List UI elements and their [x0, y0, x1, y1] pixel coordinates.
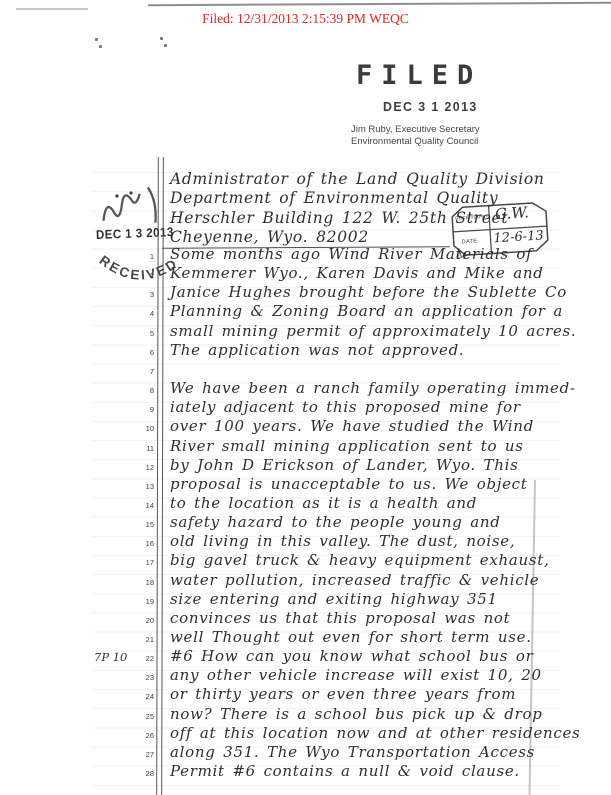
- line-number: 18: [132, 578, 154, 587]
- handwritten-line: convinces us that this proposal was not: [170, 609, 510, 628]
- line-number: 22: [132, 654, 154, 663]
- handwritten-line: to the location as it is a health and: [170, 494, 477, 513]
- handwritten-line: old living in this valley. The dust, noi…: [170, 532, 515, 551]
- line-number: 5: [132, 329, 154, 338]
- handwritten-line: over 100 years. We have studied the Wind: [170, 417, 534, 436]
- line-number: 10: [132, 424, 154, 433]
- scanned-letter-page: Filed: 12/31/2013 2:15:39 PM WEQC FILED …: [0, 0, 611, 795]
- address-line: Herschler Building 122 W. 25th Street: [170, 209, 508, 228]
- received-date-stamp: DEC 1 3 2013: [96, 225, 174, 242]
- line-number: 14: [132, 501, 154, 510]
- handwritten-line: Planning & Zoning Board an application f…: [170, 302, 563, 321]
- ink-speck: [164, 44, 167, 47]
- line-number: 4: [132, 309, 154, 318]
- handwritten-line: size entering and exiting highway 351: [170, 590, 498, 609]
- line-number: 21: [132, 635, 154, 644]
- line-number: 8: [132, 386, 154, 395]
- handwritten-line: big gavel truck & heavy equipment exhaus…: [170, 551, 549, 570]
- margin-note: 7P 10: [94, 650, 127, 664]
- filed-stamp-date: DEC 3 1 2013: [383, 99, 478, 114]
- handwritten-line: Some months ago Wind River Materials of: [170, 245, 532, 264]
- handwritten-line: iately adjacent to this proposed mine fo…: [170, 398, 521, 417]
- line-number: 9: [132, 405, 154, 414]
- line-number: 25: [132, 712, 154, 721]
- line-number: 15: [132, 520, 154, 529]
- handwritten-line: proposal is unacceptable to us. We objec…: [170, 475, 528, 494]
- ink-speck: [99, 45, 102, 48]
- line-number: 23: [132, 673, 154, 682]
- line-number: 16: [132, 539, 154, 548]
- handwritten-line: by John D Erickson of Lander, Wyo. This: [170, 456, 519, 475]
- filed-stamp-organization: Environmental Quality Council: [351, 136, 480, 148]
- handwritten-line: Janice Hughes brought before the Sublett…: [170, 283, 567, 302]
- line-number: 12: [132, 463, 154, 472]
- handwritten-line: Kemmerer Wyo., Karen Davis and Mike and: [170, 264, 544, 283]
- line-number: 1: [132, 252, 154, 261]
- handwritten-line: off at this location now and at other re…: [170, 724, 580, 743]
- date-value: 12-6-13: [493, 228, 544, 246]
- scan-edge-line: [148, 2, 611, 6]
- line-number: 20: [132, 616, 154, 625]
- line-number: 6: [132, 348, 154, 357]
- handwritten-line: water pollution, increased traffic & veh…: [170, 571, 539, 590]
- handwritten-line: #6 How can you know what school bus or: [170, 647, 533, 666]
- line-number: 26: [132, 731, 154, 740]
- address-line: Department of Environmental Quality: [170, 189, 498, 208]
- handwritten-line: or thirty years or even three years from: [170, 685, 516, 704]
- handwritten-line: well Thought out even for short term use…: [170, 628, 532, 647]
- line-number: 2: [132, 271, 154, 280]
- handwritten-line: River small mining application sent to u…: [170, 437, 524, 456]
- handwritten-line: We have been a ranch family operating im…: [170, 379, 576, 398]
- scan-edge-line-left: [16, 8, 88, 10]
- line-number: 19: [132, 597, 154, 606]
- address-line: Administrator of the Land Quality Divisi…: [170, 170, 545, 189]
- line-number: 3: [132, 290, 154, 299]
- handwritten-line: along 351. The Wyo Transportation Access: [170, 743, 535, 762]
- filed-stamp-signer: Jim Ruby, Executive Secretary: [351, 124, 480, 136]
- handwritten-line: Permit #6 contains a null & void clause.: [170, 762, 520, 781]
- filed-stamp-signature: Jim Ruby, Executive Secretary Environmen…: [351, 124, 480, 147]
- line-number: 17: [132, 558, 154, 567]
- handwritten-line: The application was not approved.: [170, 341, 464, 360]
- line-number: 7: [132, 367, 154, 376]
- ink-speck: [95, 38, 98, 41]
- handwritten-line: now? There is a school bus pick up & dro…: [170, 705, 543, 724]
- handwritten-line: safety hazard to the people young and: [170, 513, 501, 532]
- efiling-header: Filed: 12/31/2013 2:15:39 PM WEQC: [0, 11, 611, 27]
- handwritten-line: small mining permit of approximately 10 …: [170, 322, 576, 341]
- line-number: 27: [132, 750, 154, 759]
- line-number: 11: [132, 444, 154, 453]
- filed-stamp-title: FILED: [356, 60, 482, 91]
- line-number: 13: [132, 482, 154, 491]
- handwritten-line: any other vehicle increase will exist 10…: [170, 666, 542, 685]
- line-number: 28: [132, 769, 154, 778]
- line-number: 24: [132, 692, 154, 701]
- ink-speck: [160, 37, 163, 40]
